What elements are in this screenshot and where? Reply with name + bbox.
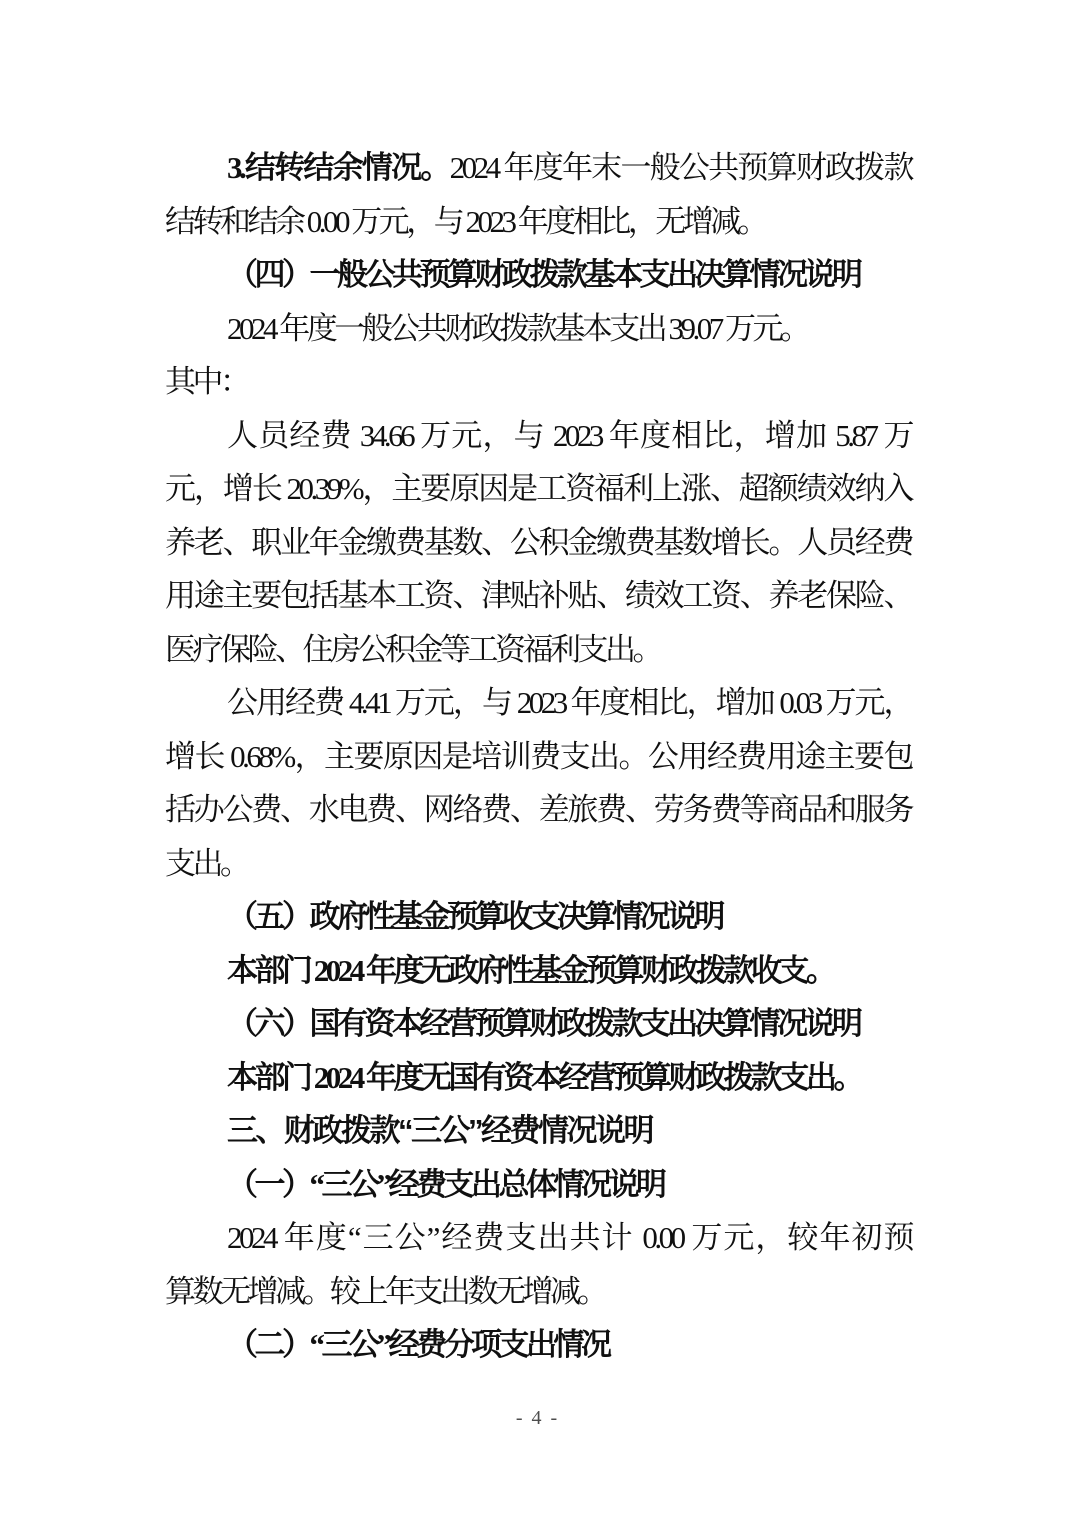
text-segment: 2024 年度年末一般公共预算财政拨款 [450,150,911,185]
text-line: 医疗保险、住房公积金等工资福利支出。 [165,623,911,677]
text-segment: （四）一般公共预算财政拨款基本支出决算情况说明 [227,257,860,292]
text-segment: 增长 0.68%，主要原因是培训费支出。公用经费用途主要包 [165,739,911,774]
document-body: 3.结转结余情况。2024 年度年末一般公共预算财政拨款结转和结余 0.00 万… [165,141,911,1372]
text-segment: （二）“三公”经费分项支出情况 [227,1327,609,1362]
text-line: 人员经费 34.66 万元，与 2023 年度相比，增加 5.87 万 [165,409,911,463]
text-segment: 2024 年度“三公”经费支出共计 0.00 万元，较年初预 [227,1220,911,1255]
section-heading-line: （四）一般公共预算财政拨款基本支出决算情况说明 [165,248,911,302]
section-heading-line: （五）政府性基金预算收支决算情况说明 [165,890,911,944]
text-segment: 本部门 2024 年度无国有资本经营预算财政拨款支出。 [227,1060,861,1095]
text-line: 括办公费、水电费、网络费、差旅费、劳务费等商品和服务 [165,783,911,837]
text-segment: （一）“三公”经费支出总体情况说明 [227,1167,664,1202]
page-number: - 4 - [516,1407,559,1429]
text-line: 2024 年度“三公”经费支出共计 0.00 万元，较年初预 [165,1211,911,1265]
text-segment: （五）政府性基金预算收支决算情况说明 [227,899,722,934]
text-segment: 元，增长 20.39%，主要原因是工资福利上涨、超额绩效纳入 [165,471,911,506]
text-segment: 支出。 [165,846,248,881]
text-line: 养老、职业年金缴费基数、公积金缴费基数增长。人员经费 [165,516,911,570]
text-segment: 养老、职业年金缴费基数、公积金缴费基数增长。人员经费 [165,525,911,560]
text-segment: 3.结转结余情况。 [227,150,450,185]
text-line: 算数无增减。较上年支出数无增减。 [165,1265,911,1319]
section-heading-line: 本部门 2024 年度无国有资本经营预算财政拨款支出。 [165,1051,911,1105]
section-heading-line: （六）国有资本经营预算财政拨款支出决算情况说明 [165,997,911,1051]
text-segment: 括办公费、水电费、网络费、差旅费、劳务费等商品和服务 [165,792,911,827]
text-line: 增长 0.68%，主要原因是培训费支出。公用经费用途主要包 [165,730,911,784]
text-line: 2024 年度一般公共财政拨款基本支出 39.07 万元。 [165,302,911,356]
text-segment: 医疗保险、住房公积金等工资福利支出。 [165,632,660,667]
text-segment: 用途主要包括基本工资、津贴补贴、绩效工资、养老保险、 [165,578,911,613]
text-line: 用途主要包括基本工资、津贴补贴、绩效工资、养老保险、 [165,569,911,623]
text-segment: 人员经费 34.66 万元，与 2023 年度相比，增加 5.87 万 [227,418,911,453]
text-line: 支出。 [165,837,911,891]
text-segment: 算数无增减。较上年支出数无增减。 [165,1274,605,1309]
text-segment: 公用经费 4.41 万元，与 2023 年度相比，增加 0.03 万元， [227,685,911,720]
text-segment: 本部门 2024 年度无政府性基金预算财政拨款收支。 [227,953,834,988]
text-line: 3.结转结余情况。2024 年度年末一般公共预算财政拨款 [165,141,911,195]
text-segment: 2024 年度一般公共财政拨款基本支出 39.07 万元。 [227,311,808,346]
text-line: 元，增长 20.39%，主要原因是工资福利上涨、超额绩效纳入 [165,462,911,516]
section-heading-line: 本部门 2024 年度无政府性基金预算财政拨款收支。 [165,944,911,998]
section-heading-line: 三、财政拨款“三公”经费情况说明 [165,1104,911,1158]
text-segment: 三、财政拨款“三公”经费情况说明 [227,1113,652,1148]
text-line: 公用经费 4.41 万元，与 2023 年度相比，增加 0.03 万元， [165,676,911,730]
section-heading-line: （一）“三公”经费支出总体情况说明 [165,1158,911,1212]
section-heading-line: （二）“三公”经费分项支出情况 [165,1318,911,1372]
page-footer: - 4 - [0,1402,1075,1434]
text-line: 结转和结余 0.00 万元，与 2023 年度相比，无增减。 [165,195,911,249]
text-segment: （六）国有资本经营预算财政拨款支出决算情况说明 [227,1006,860,1041]
document-page: 3.结转结余情况。2024 年度年末一般公共预算财政拨款结转和结余 0.00 万… [0,0,1075,1520]
text-line: 其中： [165,355,911,409]
text-segment: 结转和结余 0.00 万元，与 2023 年度相比，无增减。 [165,204,765,239]
text-segment: 其中： [165,364,248,399]
